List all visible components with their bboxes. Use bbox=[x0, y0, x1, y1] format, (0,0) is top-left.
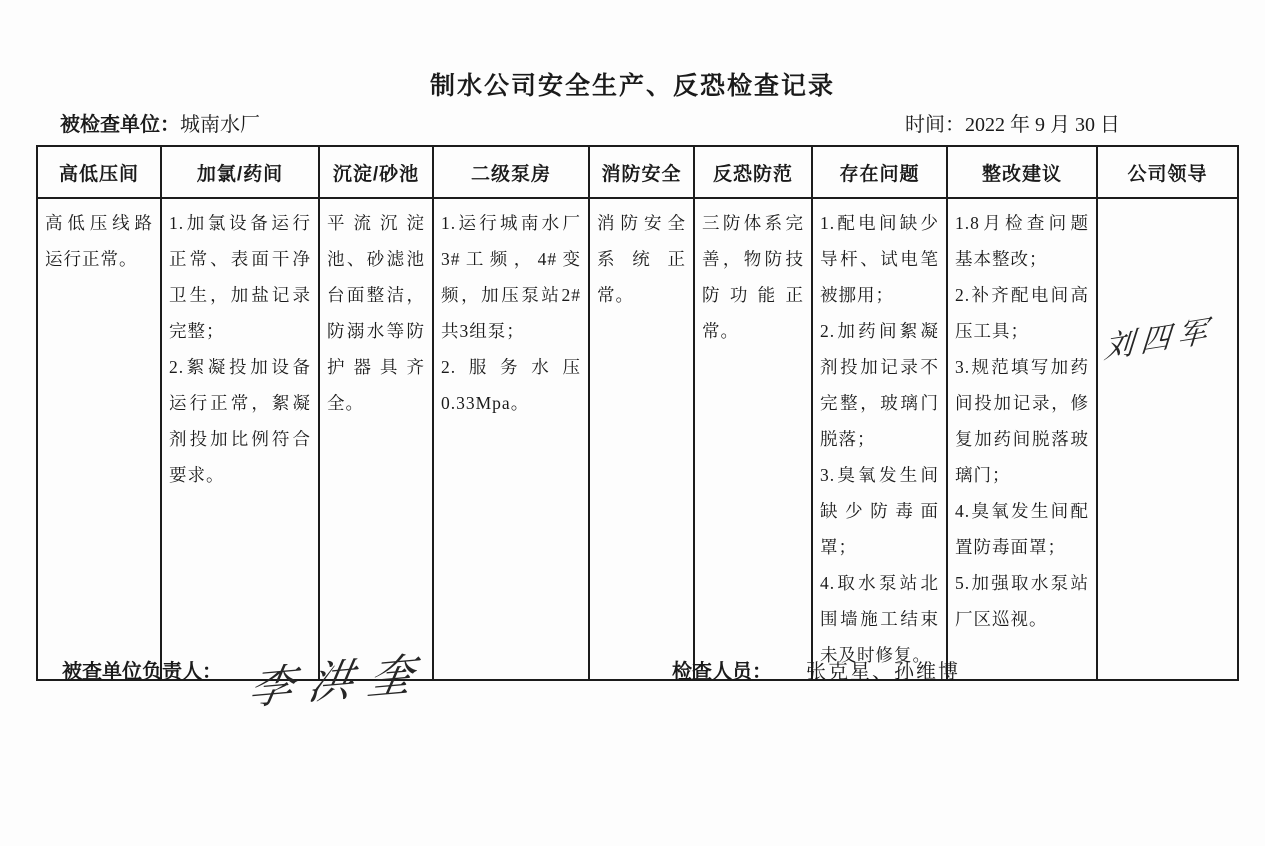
inspected-unit: 被检查单位：城南水厂 bbox=[60, 108, 260, 137]
cell-company-leader: 刘四军 bbox=[1097, 198, 1238, 680]
column-header-rectification-suggestions: 整改建议 bbox=[947, 146, 1097, 198]
cell-text-chlorine-dosing-room: 1.加氯设备运行正常、表面干净卫生，加盐记录完整； 2.絮凝投加设备运行正常，絮… bbox=[169, 205, 311, 493]
inspection-record-table: 高低压间 加氯/药间 沉淀/砂池 二级泵房 消防安全 反恐防范 存在问题 整改建… bbox=[36, 145, 1239, 681]
cell-secondary-pump-house: 1.运行城南水厂3#工频，4#变频，加压泵站2#共3组泵； 2.服务水压0.33… bbox=[433, 198, 589, 680]
inspected-unit-value: 城南水厂 bbox=[180, 114, 260, 136]
document-page: 制水公司安全生产、反恐检查记录 被检查单位：城南水厂 时间：2022 年 9 月… bbox=[0, 0, 1265, 846]
date-label: 时间： bbox=[905, 114, 965, 136]
column-header-sedimentation-sand-tank: 沉淀/砂池 bbox=[319, 146, 433, 198]
cell-high-low-voltage-room: 高低压线路运行正常。 bbox=[37, 198, 161, 680]
inspectors-label: 检查人员： bbox=[672, 655, 772, 684]
cell-sedimentation-sand-tank: 平流沉淀池、砂滤池台面整洁，防溺水等防护器具齐全。 bbox=[319, 198, 433, 680]
cell-chlorine-dosing-room: 1.加氯设备运行正常、表面干净卫生，加盐记录完整； 2.絮凝投加设备运行正常，絮… bbox=[161, 198, 319, 680]
date-value: 2022 年 9 月 30 日 bbox=[965, 114, 1120, 136]
inspected-unit-label: 被检查单位： bbox=[60, 114, 180, 136]
document-title: 制水公司安全生产、反恐检查记录 bbox=[0, 66, 1265, 102]
footer-row: 被查单位负责人： 李洪奎 检查人员： 张克星、孙维博 bbox=[0, 637, 1265, 787]
cell-anti-terrorism: 三防体系完善，物防技防功能正常。 bbox=[694, 198, 812, 680]
cell-text-fire-safety: 消防安全系统正常。 bbox=[597, 205, 686, 313]
record-row: 高低压线路运行正常。 1.加氯设备运行正常、表面干净卫生，加盐记录完整； 2.絮… bbox=[37, 198, 1238, 680]
meta-row: 被检查单位：城南水厂 时间：2022 年 9 月 30 日 bbox=[60, 108, 1120, 137]
responsible-person-label: 被查单位负责人： bbox=[62, 655, 222, 684]
cell-text-problems-found: 1.配电间缺少导杆、试电笔被挪用； 2.加药间絮凝剂投加记录不完整，玻璃门脱落；… bbox=[820, 205, 939, 673]
inspectors-names: 张克星、孙维博 bbox=[806, 655, 960, 684]
column-header-problems-found: 存在问题 bbox=[812, 146, 947, 198]
cell-rectification-suggestions: 1.8月检查问题基本整改； 2.补齐配电间高压工具； 3.规范填写加药间投加记录… bbox=[947, 198, 1097, 680]
column-header-high-low-voltage-room: 高低压间 bbox=[37, 146, 161, 198]
column-header-company-leader: 公司领导 bbox=[1097, 146, 1238, 198]
header-row: 高低压间 加氯/药间 沉淀/砂池 二级泵房 消防安全 反恐防范 存在问题 整改建… bbox=[37, 146, 1238, 198]
column-header-secondary-pump-house: 二级泵房 bbox=[433, 146, 589, 198]
cell-fire-safety: 消防安全系统正常。 bbox=[589, 198, 694, 680]
cell-text-sedimentation-sand-tank: 平流沉淀池、砂滤池台面整洁，防溺水等防护器具齐全。 bbox=[327, 205, 425, 421]
column-header-chlorine-dosing-room: 加氯/药间 bbox=[161, 146, 319, 198]
cell-problems-found: 1.配电间缺少导杆、试电笔被挪用； 2.加药间絮凝剂投加记录不完整，玻璃门脱落；… bbox=[812, 198, 947, 680]
cell-text-high-low-voltage-room: 高低压线路运行正常。 bbox=[45, 205, 153, 277]
column-header-fire-safety: 消防安全 bbox=[589, 146, 694, 198]
cell-text-anti-terrorism: 三防体系完善，物防技防功能正常。 bbox=[702, 205, 804, 349]
inspection-date: 时间：2022 年 9 月 30 日 bbox=[905, 108, 1120, 137]
cell-text-secondary-pump-house: 1.运行城南水厂3#工频，4#变频，加压泵站2#共3组泵； 2.服务水压0.33… bbox=[441, 205, 581, 421]
column-header-anti-terrorism: 反恐防范 bbox=[694, 146, 812, 198]
company-leader-signature: 刘四军 bbox=[1103, 305, 1217, 368]
responsible-person-signature: 李洪奎 bbox=[244, 636, 436, 717]
cell-text-rectification-suggestions: 1.8月检查问题基本整改； 2.补齐配电间高压工具； 3.规范填写加药间投加记录… bbox=[955, 205, 1089, 637]
